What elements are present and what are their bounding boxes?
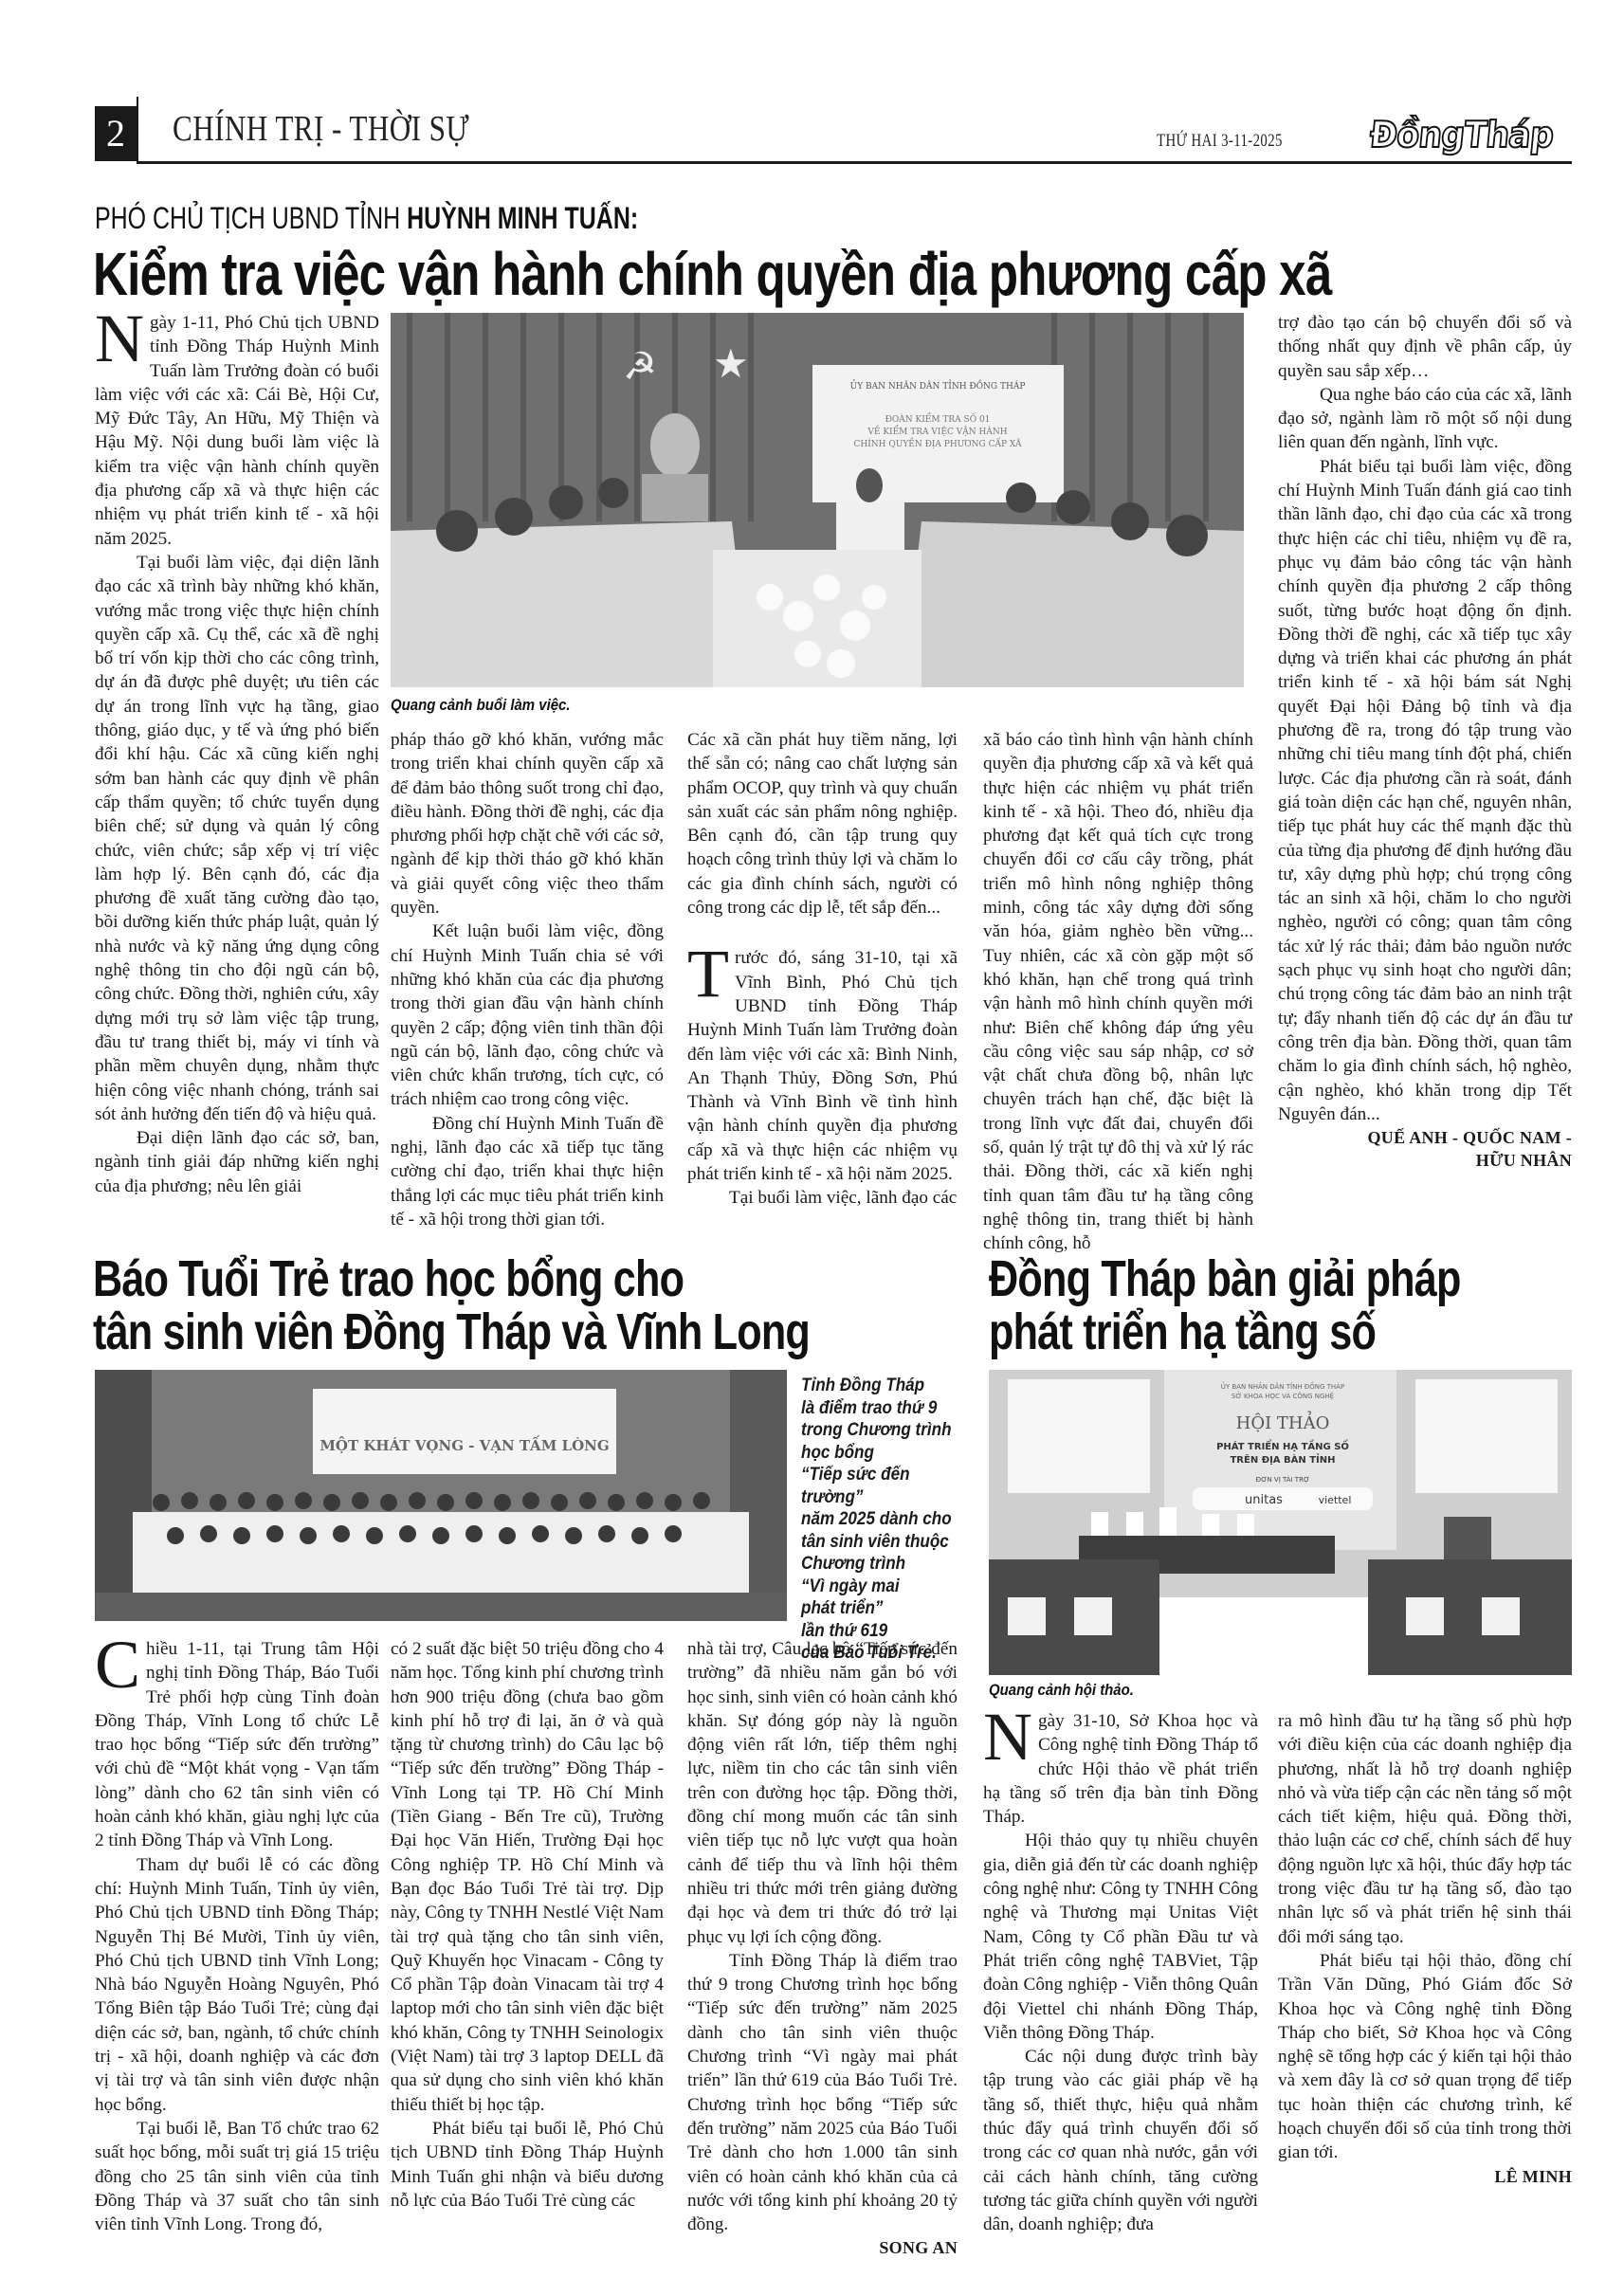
- svg-text:★: ★: [713, 340, 749, 387]
- page-number: 2: [95, 106, 137, 161]
- article2-side-caption: Tỉnh Đồng Tháp là điểm trao thứ 9 trong …: [801, 1375, 972, 1665]
- dropcap: N: [983, 1711, 1032, 1762]
- article3-photo-caption: Quang cảnh hội thảo.: [989, 1681, 1134, 1700]
- newspaper-logo: ĐồngTháp: [1368, 114, 1555, 155]
- ceremony-photo-illustration: MỘT KHÁT VỌNG - VẠN TẤM LÒNG: [95, 1370, 787, 1621]
- paragraph: có 2 suất đặc biệt 50 triệu đồng cho 4 n…: [391, 1637, 664, 2117]
- article3-photo: ỦY BAN NHÂN DÂN TỈNH ĐỒNG THÁP SỞ KHOA H…: [989, 1370, 1572, 1675]
- article3-column-2: ra mô hình đầu tư hạ tầng số phù hợp với…: [1278, 1709, 1572, 2188]
- paragraph: Hội thảo quy tụ nhiều chuyên gia, diễn g…: [983, 1829, 1258, 2045]
- paragraph: Đại diện lãnh đạo các sở, ban, ngành tỉn…: [95, 1126, 379, 1198]
- article1-kicker: PHÓ CHỦ TỊCH UBND TỈNH HUỲNH MINH TUẤN:: [95, 201, 638, 236]
- paragraph: Các xã cần phát huy tiềm năng, lợi thế s…: [687, 728, 958, 920]
- paragraph: Ngày 31-10, Sở Khoa học và Công nghệ tỉn…: [983, 1709, 1258, 1829]
- dropcap: T: [687, 948, 729, 999]
- banner-text: MỘT KHÁT VỌNG - VẠN TẤM LÒNG: [319, 1435, 609, 1454]
- paragraph: Tại buổi làm việc, lãnh đạo các: [687, 1186, 958, 1210]
- paragraph: ra mô hình đầu tư hạ tầng số phù hợp với…: [1278, 1709, 1572, 1949]
- article1-column-1: Ngày 1-11, Phó Chủ tịch UBND tỉnh Đồng T…: [95, 311, 379, 1198]
- article2-column-1: Chiều 1-11, tại Trung tâm Hội nghị tỉnh …: [95, 1637, 379, 2236]
- paragraph: Tại buổi làm việc, đại diện lãnh đạo các…: [95, 551, 379, 1126]
- masthead-rule: [137, 161, 1572, 164]
- article1-byline-1: QUẾ ANH - QUỐC NAM -: [1278, 1126, 1572, 1149]
- article1-column-2: pháp tháo gỡ khó khăn, vướng mắc trong t…: [391, 728, 664, 1231]
- paragraph: trợ đào tạo cán bộ chuyển đổi số và thốn…: [1278, 311, 1572, 383]
- backdrop-title: HỘI THẢO: [1236, 1411, 1330, 1433]
- paragraph: xã báo cáo tình hình vận hành chính quyề…: [983, 728, 1253, 1256]
- article2-headline-line2: tân sinh viên Đồng Tháp và Vĩnh Long: [93, 1304, 810, 1359]
- paragraph: Kết luận buổi làm việc, đồng chí Huỳnh M…: [391, 920, 664, 1111]
- paragraph: Tỉnh Đồng Tháp là điểm trao thứ 9 trong …: [687, 1949, 958, 2237]
- article3-headline-line2: phát triển hạ tầng số: [989, 1304, 1376, 1359]
- article1-photo-caption: Quang cảnh buổi làm việc.: [391, 696, 571, 715]
- paragraph: Đồng chí Huỳnh Minh Tuấn đề nghị, lãnh đ…: [391, 1112, 664, 1231]
- issue-date: THỨ HAI 3-11-2025: [1157, 131, 1283, 152]
- article1-headline: Kiểm tra việc vận hành chính quyền địa p…: [93, 239, 1332, 309]
- paragraph: nhà tài trợ, Câu lạc bộ “Tiếp sức đến tr…: [687, 1637, 958, 1949]
- paragraph: Các nội dung được trình bày tập trung và…: [983, 2045, 1258, 2236]
- kicker-name: HUỲNH MINH TUẤN:: [407, 201, 638, 235]
- article1-byline-2: HỮU NHÂN: [1278, 1149, 1572, 1172]
- article2-column-2: có 2 suất đặc biệt 50 triệu đồng cho 4 n…: [391, 1637, 664, 2213]
- article1-column-3: Các xã cần phát huy tiềm năng, lợi thế s…: [687, 728, 958, 1211]
- paragraph: Chiều 1-11, tại Trung tâm Hội nghị tỉnh …: [95, 1637, 379, 1853]
- paragraph: Tham dự buổi lễ có các đồng chí: Huỳnh M…: [95, 1853, 379, 2117]
- article2-column-3: nhà tài trợ, Câu lạc bộ “Tiếp sức đến tr…: [687, 1637, 958, 2259]
- workshop-photo-illustration: ỦY BAN NHÂN DÂN TỈNH ĐỒNG THÁP SỞ KHOA H…: [989, 1370, 1572, 1675]
- paragraph: pháp tháo gỡ khó khăn, vướng mắc trong t…: [391, 728, 664, 920]
- article3-column-1: Ngày 31-10, Sở Khoa học và Công nghệ tỉn…: [983, 1709, 1258, 2237]
- paragraph: Ngày 1-11, Phó Chủ tịch UBND tỉnh Đồng T…: [95, 311, 379, 551]
- paragraph: Phát biểu tại buổi làm việc, đồng chí Hu…: [1278, 455, 1572, 1126]
- article2-byline: SONG AN: [687, 2236, 958, 2259]
- article1-column-5: trợ đào tạo cán bộ chuyển đổi số và thốn…: [1278, 311, 1572, 1172]
- section-title: CHÍNH TRỊ - THỜI SỰ: [173, 108, 469, 150]
- backdrop-sponsor-label: ĐƠN VỊ TÀI TRỢ: [1256, 1475, 1310, 1484]
- paragraph: Phát biểu tại hội thảo, đồng chí Trần Vă…: [1278, 1949, 1572, 2165]
- article2-headline-line1: Báo Tuổi Trẻ trao học bổng cho: [93, 1251, 684, 1306]
- article1-photo: ☭ ★ ỦY BAN NHÂN DÂN TỈNH ĐỒNG THÁP ĐOÀN …: [391, 313, 1244, 687]
- masthead-vertical-rule: [137, 97, 138, 163]
- sponsor-viettel: viettel: [1319, 1494, 1352, 1506]
- sponsor-unitas: unitas: [1245, 1493, 1283, 1507]
- paragraph: Qua nghe báo cáo của các xã, lãnh đạo sở…: [1278, 383, 1572, 455]
- article1-column-4: xã báo cáo tình hình vận hành chính quyề…: [983, 728, 1253, 1256]
- paragraph: Tại buổi lễ, Ban Tổ chức trao 62 suất họ…: [95, 2117, 379, 2236]
- dropcap: N: [95, 313, 144, 364]
- paragraph: Phát biểu tại buổi lễ, Phó Chủ tịch UBND…: [391, 2117, 664, 2213]
- kicker-title: PHÓ CHỦ TỊCH UBND TỈNH: [95, 201, 400, 235]
- backdrop-org-2: SỞ KHOA HỌC VÀ CÔNG NGHỆ: [1232, 1391, 1334, 1400]
- article3-byline: LÊ MINH: [1278, 2165, 1572, 2188]
- meeting-photo-illustration: ☭ ★ ỦY BAN NHÂN DÂN TỈNH ĐỒNG THÁP ĐOÀN …: [391, 313, 1244, 687]
- backdrop-org-1: ỦY BAN NHÂN DÂN TỈNH ĐỒNG THÁP: [1221, 1381, 1344, 1391]
- article2-photo: MỘT KHÁT VỌNG - VẠN TẤM LÒNG: [95, 1370, 787, 1621]
- paragraph: Trước đó, sáng 31-10, tại xã Vĩnh Bình, …: [687, 946, 958, 1186]
- dropcap: C: [95, 1639, 140, 1690]
- article3-headline-line1: Đồng Tháp bàn giải pháp: [989, 1251, 1461, 1306]
- backdrop-subtitle-2: TRÊN ĐỊA BÀN TỈNH: [1230, 1452, 1335, 1466]
- svg-text:☭: ☭: [623, 345, 657, 389]
